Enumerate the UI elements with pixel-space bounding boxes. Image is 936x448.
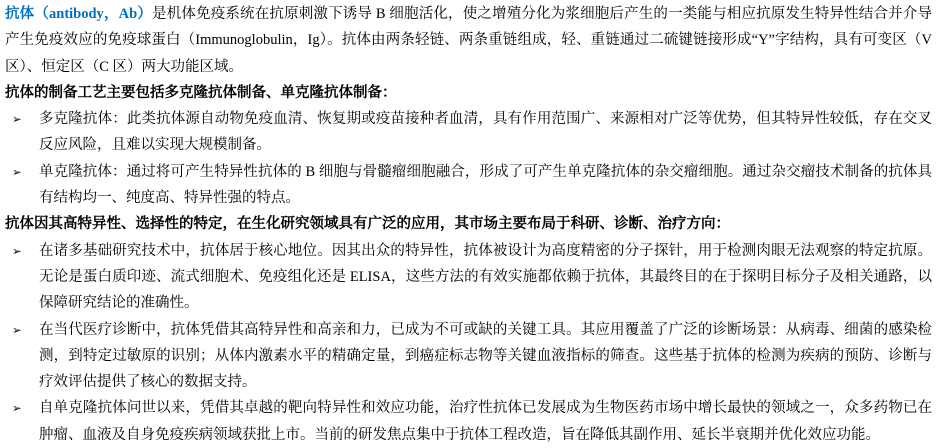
bullet-text-monoclonal: 单克隆抗体：通过将可产生特异性抗体的 B 细胞与骨髓瘤细胞融合，形成了可产生单克…: [39, 164, 932, 206]
arrow-bullet-icon: ➢: [12, 317, 22, 343]
section-preparation-heading: 抗体的制备工艺主要包括多克隆抗体制备、单克隆抗体制备：: [5, 80, 932, 106]
bullet-text-polyclonal: 多克隆抗体：此类抗体源自动物免疫血清、恢复期或疫苗接种者血清，具有作用范围广、来…: [39, 111, 932, 153]
bullet-item-monoclonal: ➢ 单克隆抗体：通过将可产生特异性抗体的 B 细胞与骨髓瘤细胞融合，形成了可产生…: [5, 159, 932, 212]
arrow-bullet-icon: ➢: [12, 238, 22, 264]
arrow-bullet-icon: ➢: [12, 159, 22, 185]
section-application-heading: 抗体因其高特异性、选择性的特定，在生化研究领域具有广泛的应用，其市场主要布局于科…: [5, 211, 932, 237]
bullet-item-diagnosis: ➢ 在当代医疗诊断中，抗体凭借其高特异性和高亲和力，已成为不可或缺的关键工具。其…: [5, 317, 932, 396]
bullet-text-therapy: 自单克隆抗体问世以来，凭借其卓越的靶向特异性和效应功能，治疗性抗体已发展成为生物…: [39, 400, 932, 442]
intro-lead-term: 抗体（antibody，Ab）: [5, 6, 152, 22]
document-body: 抗体（antibody，Ab）是机体免疫系统在抗原刺激下诱导 B 细胞活化，使之…: [0, 0, 936, 448]
bullet-item-research: ➢ 在诸多基础研究技术中，抗体居于核心地位。因其出众的特异性，抗体被设计为高度精…: [5, 238, 932, 317]
bullet-text-diagnosis: 在当代医疗诊断中，抗体凭借其高特异性和高亲和力，已成为不可或缺的关键工具。其应用…: [39, 322, 932, 391]
arrow-bullet-icon: ➢: [12, 395, 22, 421]
bullet-item-polyclonal: ➢ 多克隆抗体：此类抗体源自动物免疫血清、恢复期或疫苗接种者血清，具有作用范围广…: [5, 106, 932, 159]
intro-paragraph: 抗体（antibody，Ab）是机体免疫系统在抗原刺激下诱导 B 细胞活化，使之…: [5, 1, 932, 80]
bullet-text-research: 在诸多基础研究技术中，抗体居于核心地位。因其出众的特异性，抗体被设计为高度精密的…: [39, 243, 932, 312]
bullet-item-therapy: ➢ 自单克隆抗体问世以来，凭借其卓越的靶向特异性和效应功能，治疗性抗体已发展成为…: [5, 395, 932, 448]
arrow-bullet-icon: ➢: [12, 106, 22, 132]
